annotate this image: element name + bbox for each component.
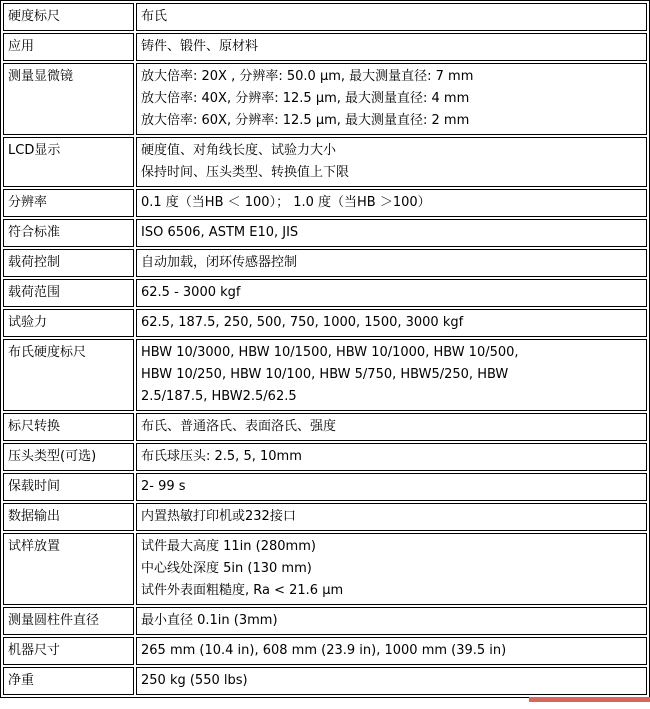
table-row: 标尺转换布氏、普通洛氏、表面洛氏、强度 [3,413,647,441]
spec-value-line: 硬度值、对角线长度、试验力大小 [141,140,642,162]
spec-value: 2- 99 s [136,473,647,501]
spec-value: 布氏 [136,3,647,31]
spec-table: 硬度标尺布氏应用铸件、锻件、原材料测量显微镜放大倍率: 20X , 分辨率: 5… [0,0,650,698]
spec-value-line: 布氏、普通洛氏、表面洛氏、强度 [141,416,642,438]
spec-value-line: 自动加载，闭环传感器控制 [141,252,642,274]
spec-value: ISO 6506, ASTM E10, JIS [136,219,647,247]
spec-value: 最小直径 0.1in (3mm) [136,607,647,635]
spec-label: 符合标准 [3,219,134,247]
table-row: 硬度标尺布氏 [3,3,647,31]
spec-label: 保载时间 [3,473,134,501]
table-row: 测量显微镜放大倍率: 20X , 分辨率: 50.0 μm, 最大测量直径: 7… [3,63,647,135]
spec-value-line: 250 kg (550 lbs) [141,670,642,692]
spec-value: 62.5, 187.5, 250, 500, 750, 1000, 1500, … [136,309,647,337]
table-row: LCD显示硬度值、对角线长度、试验力大小保持时间、压头类型、转换值上下限 [3,137,647,187]
spec-value-line: 布氏 [141,6,642,28]
spec-label: 压头类型(可选) [3,443,134,471]
spec-label: 载荷范围 [3,279,134,307]
spec-value: 铸件、锻件、原材料 [136,33,647,61]
spec-label: 测量圆柱件直径 [3,607,134,635]
spec-value: 布氏球压头: 2.5, 5, 10mm [136,443,647,471]
spec-label: 布氏硬度标尺 [3,339,134,411]
spec-table-body: 硬度标尺布氏应用铸件、锻件、原材料测量显微镜放大倍率: 20X , 分辨率: 5… [3,3,647,695]
spec-value-line: 62.5, 187.5, 250, 500, 750, 1000, 1500, … [141,312,642,334]
spec-value-line: 放大倍率: 40X, 分辨率: 12.5 μm, 最大测量直径: 4 mm [141,88,642,110]
spec-value-line: 放大倍率: 60X, 分辨率: 12.5 μm, 最大测量直径: 2 mm [141,110,642,132]
spec-label: 硬度标尺 [3,3,134,31]
spec-label: 分辨率 [3,189,134,217]
spec-label: 机器尺寸 [3,637,134,665]
spec-value-line: 62.5 - 3000 kgf [141,282,642,304]
spec-value-line: 265 mm (10.4 in), 608 mm (23.9 in), 1000… [141,640,642,662]
table-row: 应用铸件、锻件、原材料 [3,33,647,61]
spec-label: 标尺转换 [3,413,134,441]
spec-value-line: 铸件、锻件、原材料 [141,36,642,58]
spec-value-line: 2.5/187.5, HBW2.5/62.5 [141,386,642,408]
spec-value-line: 2- 99 s [141,476,642,498]
table-row: 符合标准ISO 6506, ASTM E10, JIS [3,219,647,247]
table-row: 测量圆柱件直径最小直径 0.1in (3mm) [3,607,647,635]
spec-value: 自动加载，闭环传感器控制 [136,249,647,277]
spec-value: 放大倍率: 20X , 分辨率: 50.0 μm, 最大测量直径: 7 mm放大… [136,63,647,135]
table-row: 试验力62.5, 187.5, 250, 500, 750, 1000, 150… [3,309,647,337]
spec-value: 内置热敏打印机或232接口 [136,503,647,531]
table-row: 保载时间2- 99 s [3,473,647,501]
table-row: 布氏硬度标尺HBW 10/3000, HBW 10/1500, HBW 10/1… [3,339,647,411]
table-row: 载荷控制自动加载，闭环传感器控制 [3,249,647,277]
spec-label: LCD显示 [3,137,134,187]
spec-label: 载荷控制 [3,249,134,277]
table-row: 试样放置试件最大高度 11in (280mm)中心线处深度 5in (130 m… [3,533,647,605]
spec-value-line: 布氏球压头: 2.5, 5, 10mm [141,446,642,468]
spec-value: 硬度值、对角线长度、试验力大小保持时间、压头类型、转换值上下限 [136,137,647,187]
accent-bar [529,697,650,702]
spec-value-line: 放大倍率: 20X , 分辨率: 50.0 μm, 最大测量直径: 7 mm [141,66,642,88]
spec-value-line: HBW 10/3000, HBW 10/1500, HBW 10/1000, H… [141,342,642,364]
spec-value: HBW 10/3000, HBW 10/1500, HBW 10/1000, H… [136,339,647,411]
spec-value-line: 保持时间、压头类型、转换值上下限 [141,162,642,184]
table-row: 压头类型(可选)布氏球压头: 2.5, 5, 10mm [3,443,647,471]
spec-label: 净重 [3,667,134,695]
spec-value: 布氏、普通洛氏、表面洛氏、强度 [136,413,647,441]
spec-label: 测量显微镜 [3,63,134,135]
spec-label: 应用 [3,33,134,61]
table-row: 数据输出内置热敏打印机或232接口 [3,503,647,531]
spec-value: 250 kg (550 lbs) [136,667,647,695]
table-row: 净重250 kg (550 lbs) [3,667,647,695]
spec-value-line: 试件外表面粗糙度, Ra < 21.6 μm [141,580,642,602]
spec-value-line: ISO 6506, ASTM E10, JIS [141,222,642,244]
spec-value: 0.1 度（当HB ＜ 100）； 1.0 度（当HB ＞100） [136,189,647,217]
spec-value-line: 试件最大高度 11in (280mm) [141,536,642,558]
spec-value-line: 内置热敏打印机或232接口 [141,506,642,528]
spec-value-line: 0.1 度（当HB ＜ 100）； 1.0 度（当HB ＞100） [141,192,642,214]
spec-value-line: 最小直径 0.1in (3mm) [141,610,642,632]
spec-value: 试件最大高度 11in (280mm)中心线处深度 5in (130 mm)试件… [136,533,647,605]
table-row: 机器尺寸265 mm (10.4 in), 608 mm (23.9 in), … [3,637,647,665]
table-row: 载荷范围62.5 - 3000 kgf [3,279,647,307]
table-row: 分辨率0.1 度（当HB ＜ 100）； 1.0 度（当HB ＞100） [3,189,647,217]
spec-value-line: 中心线处深度 5in (130 mm) [141,558,642,580]
spec-value-line: HBW 10/250, HBW 10/100, HBW 5/750, HBW5/… [141,364,642,386]
spec-label: 数据输出 [3,503,134,531]
spec-label: 试验力 [3,309,134,337]
spec-label: 试样放置 [3,533,134,605]
spec-value: 265 mm (10.4 in), 608 mm (23.9 in), 1000… [136,637,647,665]
spec-value: 62.5 - 3000 kgf [136,279,647,307]
